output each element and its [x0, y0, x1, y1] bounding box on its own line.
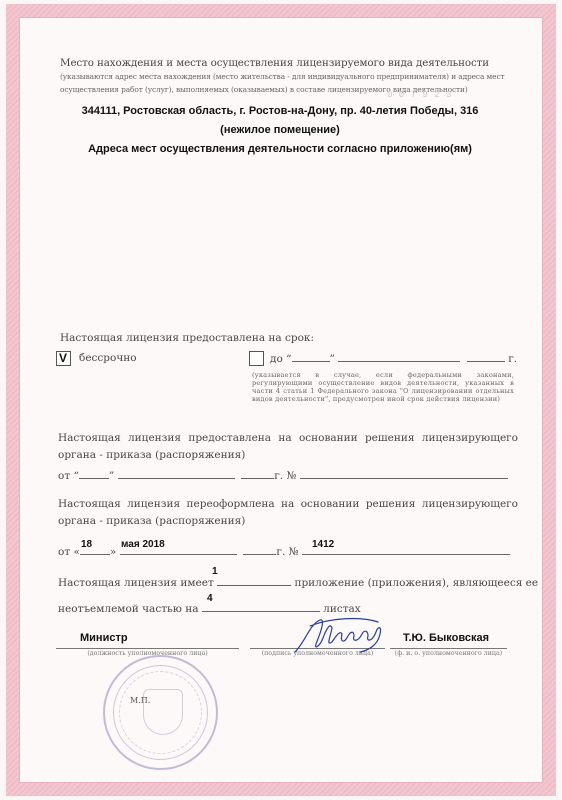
- indefinite-label: бессрочно: [79, 352, 137, 364]
- license-page: Место нахождения и места осуществления л…: [0, 0, 562, 800]
- address-line-3: Адреса мест осуществления деятельности с…: [40, 143, 520, 155]
- year-number-label: г. №: [276, 546, 298, 558]
- quote-close: ”: [330, 353, 335, 365]
- until-prefix: до: [270, 353, 283, 365]
- appendix-count-value: 1: [212, 566, 218, 577]
- granted-month-field[interactable]: [118, 467, 235, 479]
- appendix-line2-before: неотъемлемой частью на: [58, 603, 198, 615]
- from-label: от: [58, 546, 70, 558]
- indefinite-checkbox[interactable]: V: [56, 351, 71, 366]
- until-day-field[interactable]: [292, 350, 330, 362]
- term-label: Настоящая лицензия предоставлена на срок…: [60, 332, 314, 344]
- name-value: Т.Ю. Быковская: [403, 632, 489, 644]
- address-line-1: 344111, Ростовская область, г. Ростов-на…: [40, 105, 520, 117]
- appendix-text-after: приложение (приложения), являющееся ее: [294, 577, 538, 589]
- handwritten-signature-icon: [290, 612, 390, 662]
- address-line-2: (нежилое помещение): [40, 124, 520, 136]
- position-line: [56, 648, 239, 649]
- until-year-field[interactable]: [467, 350, 505, 362]
- faint-serial-stamp: 0 0 7 9 2 3: [387, 90, 452, 100]
- granted-number-field[interactable]: [300, 467, 508, 479]
- appendix-sheets-field[interactable]: [202, 600, 320, 612]
- reissued-month-year-value: мая 2018: [121, 539, 165, 550]
- reissued-text: Настоящая лицензия переоформлена на осно…: [58, 496, 518, 530]
- position-value: Министр: [80, 632, 128, 644]
- quote-close: »: [110, 546, 116, 558]
- reissued-day-value: 18: [81, 539, 92, 550]
- appendix-sheets-value: 4: [207, 593, 213, 604]
- until-date-row: до “” г.: [270, 350, 517, 365]
- granted-text: Настоящая лицензия предоставлена на осно…: [58, 430, 518, 464]
- year-number-label: г. №: [274, 470, 296, 482]
- check-mark-icon: V: [59, 351, 67, 365]
- from-label: от: [58, 470, 70, 482]
- until-month-field[interactable]: [338, 350, 460, 362]
- term-note: (указывается в случае, если федеральными…: [252, 372, 514, 404]
- granted-year-field[interactable]: [241, 467, 274, 479]
- until-date-checkbox[interactable]: [249, 351, 264, 366]
- name-line: [390, 648, 507, 649]
- appendix-row-1: Настоящая лицензия имеет приложение (при…: [58, 574, 538, 589]
- reissued-year-field[interactable]: [243, 543, 276, 555]
- granted-order-row: от “” г. №: [58, 467, 508, 482]
- year-suffix: г.: [508, 353, 517, 365]
- appendix-count-field[interactable]: [217, 574, 291, 586]
- quote-close: ”: [109, 470, 114, 482]
- heading-main: Место нахождения и места осуществления л…: [60, 57, 489, 69]
- appendix-text-before: Настоящая лицензия имеет: [58, 577, 214, 589]
- name-caption: (ф. и. о. уполномоченного лица): [390, 650, 507, 657]
- granted-day-field[interactable]: [79, 467, 109, 479]
- reissued-number-value: 1412: [312, 539, 334, 550]
- official-seal: [103, 655, 218, 770]
- stamp-place-label: М.П.: [130, 696, 150, 705]
